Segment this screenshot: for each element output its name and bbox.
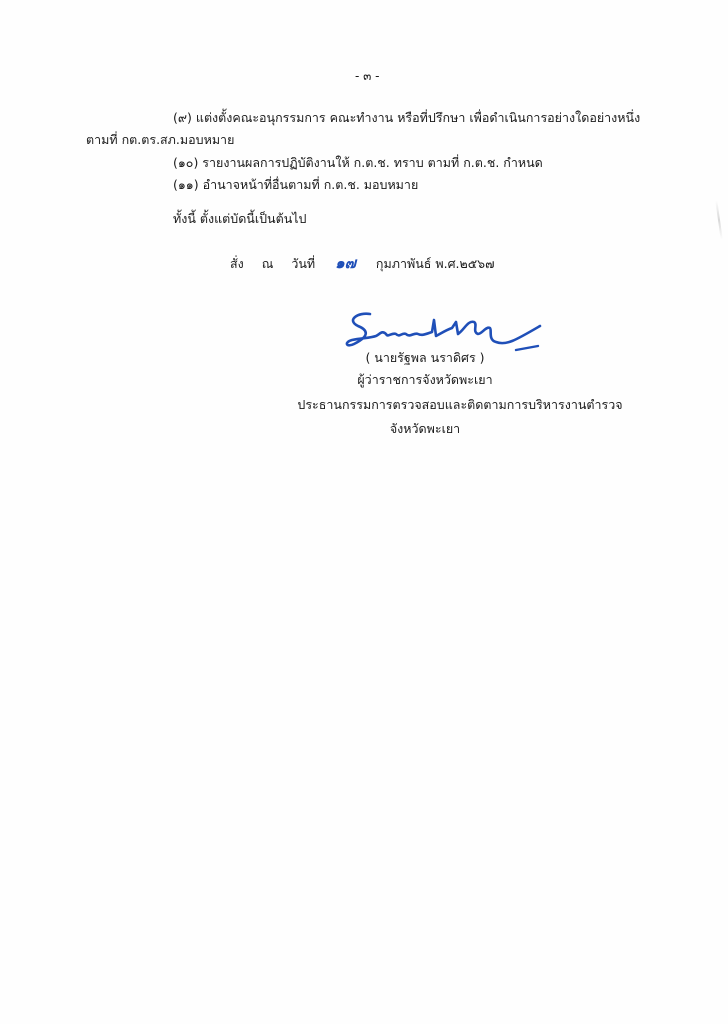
day-label: วันที่ [291, 256, 315, 272]
month-year: กุมภาพันธ์ พ.ศ.๒๕๖๗ [376, 256, 495, 272]
list-item-10: (๑๐) รายงานผลการปฏิบัติงานให้ ก.ต.ช. ทรา… [173, 155, 543, 171]
handwritten-day: ๑๗ [335, 255, 356, 271]
signatory-committee-title: ประธานกรรมการตรวจสอบและติดตามการบริหารงา… [250, 397, 670, 413]
list-item-9-continuation: ตามที่ กต.ตร.สภ.มอบหมาย [86, 132, 234, 148]
signatory-position: ผู้ว่าราชการจังหวัดพะเยา [300, 372, 550, 388]
signatory-province: จังหวัดพะเยา [300, 421, 550, 437]
at-label: ณ [262, 256, 274, 272]
signatory-name: ( นายรัฐพล นราดิศร ) [300, 350, 550, 366]
list-item-9: (๙) แต่งตั้งคณะอนุกรรมการ คณะทำงาน หรือท… [173, 110, 640, 126]
order-date: สั่ง ณ วันที่ ๑๗ กุมภาพันธ์ พ.ศ.๒๕๖๗ [230, 255, 495, 272]
document-page: - ๓ - (๙) แต่งตั้งคณะอนุกรรมการ คณะทำงาน… [0, 0, 728, 1024]
list-item-11: (๑๑) อำนาจหน้าที่อื่นตามที่ ก.ต.ช. มอบหม… [173, 177, 418, 193]
scan-artifact [715, 200, 723, 240]
page-number: - ๓ - [355, 68, 380, 84]
effective-clause: ทั้งนี้ ตั้งแต่บัดนี้เป็นต้นไป [173, 211, 307, 227]
order-label: สั่ง [230, 256, 244, 272]
